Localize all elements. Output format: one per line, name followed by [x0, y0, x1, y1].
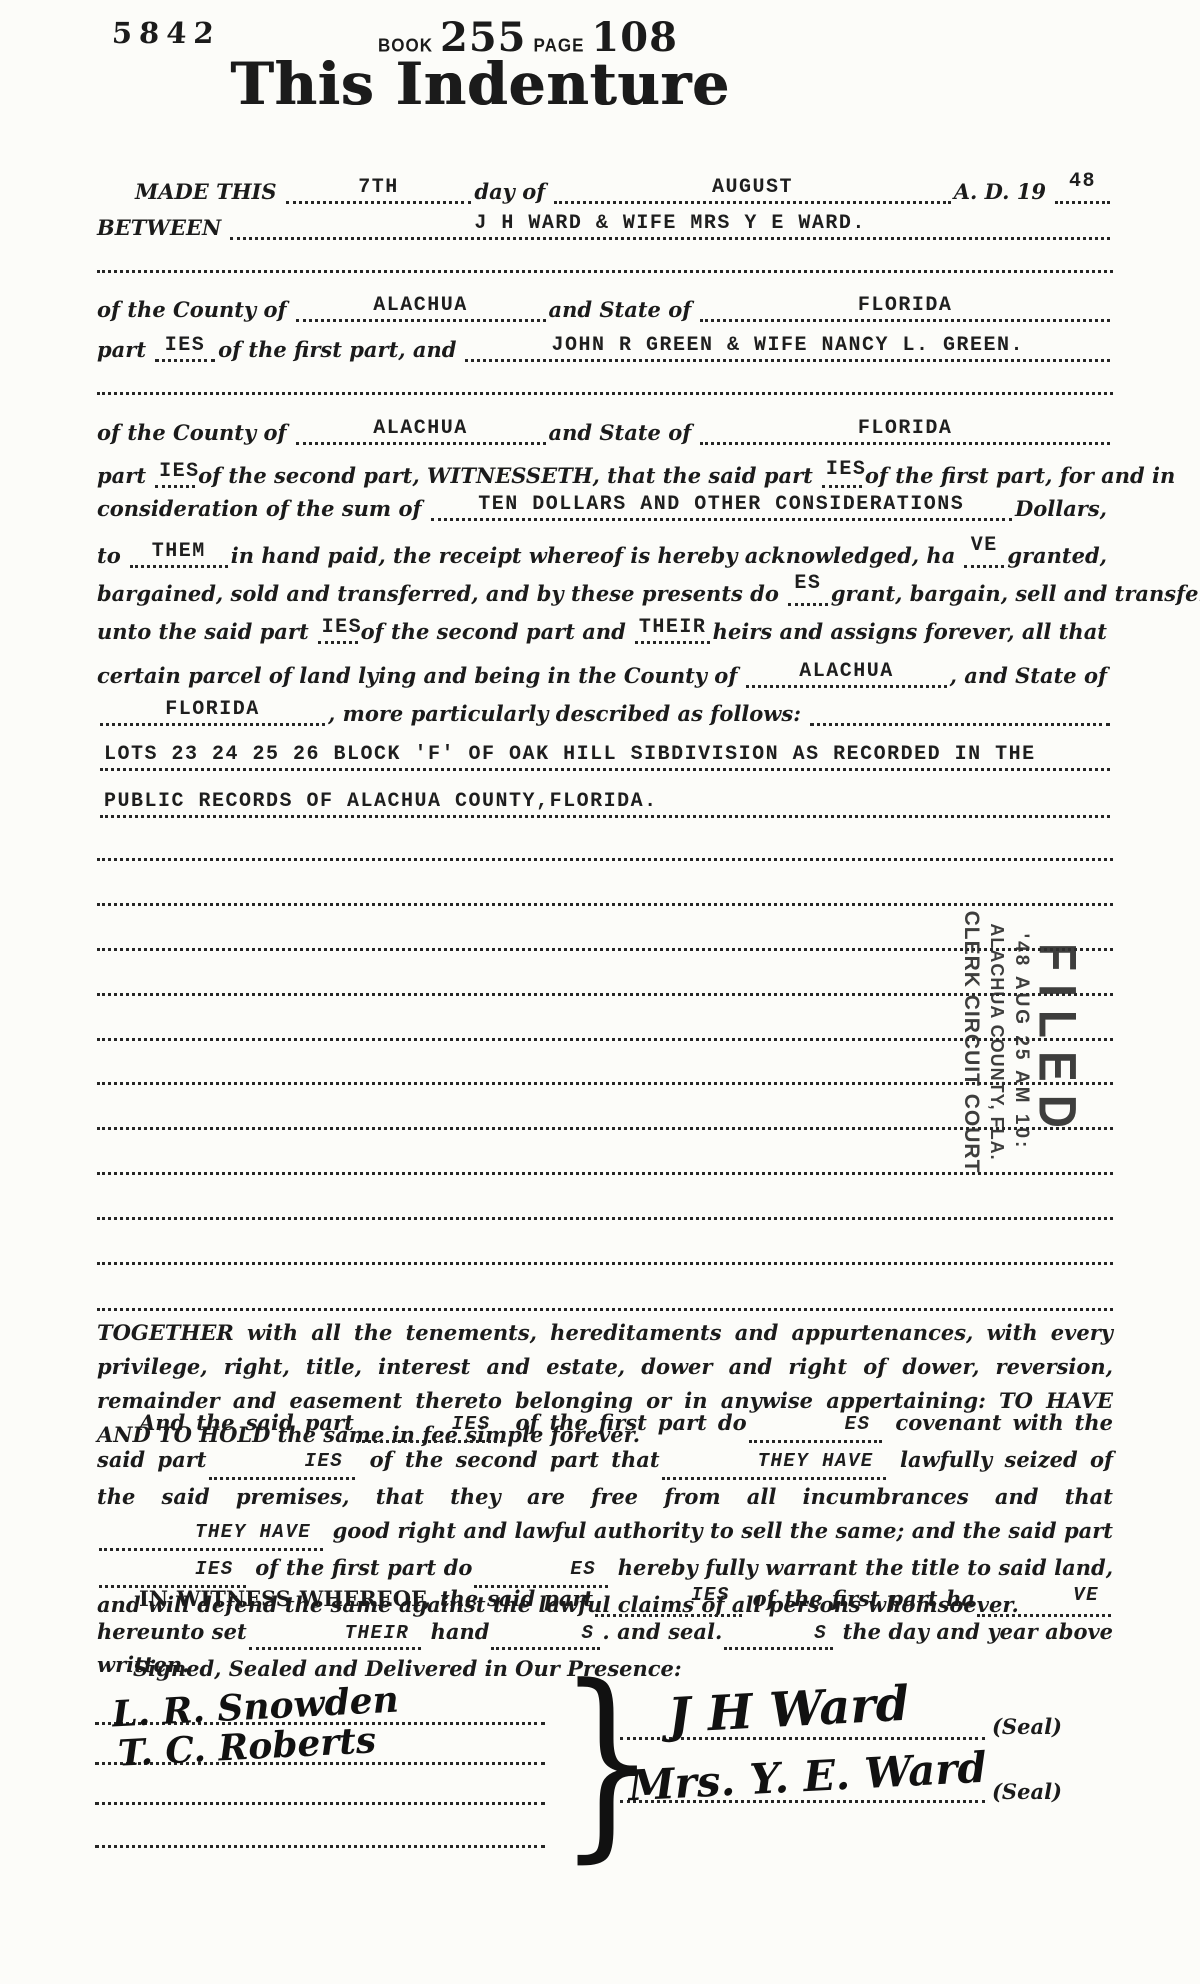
description-line-1: LOTS 23 24 25 26 BLOCK 'F' OF OAK HILL S…: [97, 739, 1113, 771]
them-value: THEM: [148, 542, 210, 564]
part-label-1: part: [97, 339, 152, 362]
ve-inline-value: VE: [1029, 1586, 1101, 1606]
of-county-label-2: of the County of: [97, 422, 293, 445]
blank-dotted-line: [97, 1217, 1113, 1220]
stamp-filed-text: FILED: [1032, 943, 1085, 1141]
county2-fill: ALACHUA: [296, 419, 546, 445]
day-value: 7TH: [354, 178, 403, 200]
description-fill-2: PUBLIC RECORDS OF ALACHUA COUNTY,FLORIDA…: [100, 792, 1110, 818]
ies-inline-value: IES: [408, 1415, 493, 1435]
first-part-line: part IES of the first part, and JOHN R G…: [97, 330, 1113, 362]
second-part-witnesseth-label: of the second part, WITNESSETH, that the…: [198, 465, 819, 488]
county3-value: ALACHUA: [795, 662, 898, 684]
covenant-text: good right and lawful authority to sell …: [333, 1518, 1113, 1543]
covenant-text: And the said part: [139, 1410, 354, 1435]
state1-fill: FLORIDA: [700, 296, 1110, 322]
unto-label: unto the said part: [97, 621, 315, 644]
described-line: FLORIDA , more particularly described as…: [97, 694, 1113, 726]
document-number: 5842: [111, 16, 222, 50]
description-value-1: LOTS 23 24 25 26 BLOCK 'F' OF OAK HILL S…: [100, 745, 1040, 767]
ve-fill: VE: [964, 546, 1004, 568]
and-state-label: and State of: [549, 299, 698, 322]
to-label: to: [97, 545, 127, 568]
consideration-label: consideration of the sum of: [97, 498, 428, 521]
county1-value: ALACHUA: [369, 296, 472, 318]
grant-label: grant, bargain, sell and transfer: [831, 583, 1200, 606]
they-have-inline-fill: THEY HAVE: [662, 1443, 886, 1480]
them-fill: THEM: [130, 542, 228, 568]
amount-fill: TEN DOLLARS AND OTHER CONSIDERATIONS: [431, 495, 1013, 521]
stamp-court-text: CLERK CIRCUIT COURT: [959, 911, 983, 1174]
county2-value: ALACHUA: [369, 419, 472, 441]
heirs-label: heirs and assigns forever, all that: [713, 621, 1113, 644]
party2-value: JOHN R GREEN & WIFE NANCY L. GREEN.: [547, 336, 1028, 358]
state3-value: FLORIDA: [161, 700, 264, 722]
first-part-for-label: of the first part, for and in: [865, 465, 1181, 488]
party2-fill: JOHN R GREEN & WIFE NANCY L. GREEN.: [465, 336, 1110, 362]
state1-value: FLORIDA: [854, 296, 957, 318]
first-part-and-label: of the first part, and: [218, 339, 462, 362]
ies-inline-value: IES: [151, 1560, 236, 1580]
ve-value: VE: [967, 536, 1002, 558]
blank-dotted-line: [97, 858, 1113, 861]
dollars-label: Dollars,: [1015, 498, 1113, 521]
consideration-line: consideration of the sum of TEN DOLLARS …: [97, 489, 1113, 521]
es-inline-value: ES: [801, 1415, 873, 1435]
ies-inline-value: IES: [647, 1586, 732, 1606]
part-label-2: part: [97, 465, 152, 488]
between-line: BETWEEN J H WARD & WIFE MRS Y E WARD.: [97, 208, 1113, 240]
description-line-2: PUBLIC RECORDS OF ALACHUA COUNTY,FLORIDA…: [97, 786, 1113, 818]
witness-signature-line-3: [95, 1802, 545, 1805]
blank-dotted-line: [97, 1308, 1113, 1311]
amount-value: TEN DOLLARS AND OTHER CONSIDERATIONS: [474, 495, 968, 517]
receipt-label: in hand paid, the receipt whereof is her…: [231, 545, 962, 568]
witness-text: the said part: [440, 1586, 593, 1611]
parcel-line: certain parcel of land lying and being i…: [97, 656, 1113, 688]
together-body: with all the tenements, hereditaments an…: [97, 1320, 1113, 1413]
party1-fill: J H WARD & WIFE MRS Y E WARD.: [230, 214, 1110, 240]
year-value: 48: [1065, 172, 1100, 194]
receipt-line: to THEM in hand paid, the receipt whereo…: [97, 536, 1113, 568]
description-value-2: PUBLIC RECORDS OF ALACHUA COUNTY,FLORIDA…: [100, 792, 662, 814]
blank-dotted-line: [97, 1262, 1113, 1265]
covenant-text: of the first part do: [255, 1555, 472, 1580]
made-this-label: MADE THIS: [135, 181, 283, 204]
s-inline-fill: S: [724, 1617, 833, 1650]
day-of-label: day of: [474, 181, 551, 204]
ies-inline-fill: IES: [595, 1584, 742, 1617]
s-inline-value: S: [770, 1624, 829, 1644]
second-part-and-label: of the second part and: [361, 621, 632, 644]
signer1-signature: J H Ward: [667, 1676, 911, 1745]
witness-signature-line-4: [95, 1845, 545, 1848]
bargained-label: bargained, sold and transferred, and by …: [97, 583, 785, 606]
ies-inline-value: IES: [261, 1452, 346, 1472]
they-have-inline-fill: THEY HAVE: [99, 1514, 323, 1551]
made-this-line: MADE THIS 7TH day of AUGUST A. D. 19 48: [135, 172, 1113, 204]
ies-inline-fill: IES: [209, 1443, 356, 1480]
blank-dotted-line: [97, 270, 1113, 273]
they-have-inline-value: THEY HAVE: [714, 1452, 876, 1472]
their-inline-value: THEIR: [301, 1624, 412, 1644]
county1-fill: ALACHUA: [296, 296, 546, 322]
document-title: This Indenture: [180, 50, 780, 118]
seal-label-2: (Seal): [992, 1779, 1062, 1804]
covenant-text: of the first part do: [516, 1410, 747, 1435]
es-fill-1: ES: [788, 584, 828, 606]
es-inline-fill: ES: [749, 1406, 883, 1443]
their-inline-fill: THEIR: [249, 1617, 422, 1650]
day-fill: 7TH: [286, 178, 472, 204]
party1-value: J H WARD & WIFE MRS Y E WARD.: [470, 214, 870, 236]
ies-fill-4: IES: [318, 618, 358, 644]
county-state-line-1: of the County of ALACHUA and State of FL…: [97, 290, 1113, 322]
ve-inline-fill: VE: [977, 1584, 1111, 1617]
month-fill: AUGUST: [554, 178, 951, 204]
they-have-inline-value: THEY HAVE: [151, 1523, 313, 1543]
ies-value-2: IES: [155, 462, 204, 484]
their-fill: THEIR: [635, 618, 710, 644]
more-particularly-label: , more particularly described as follows…: [328, 703, 807, 726]
witness-text: hand: [431, 1619, 490, 1644]
ies-fill-3: IES: [822, 466, 862, 488]
of-county-label: of the County of: [97, 299, 293, 322]
ad-19-label: A. D. 19: [954, 181, 1052, 204]
blank-dotted-line: [97, 392, 1113, 395]
description-fill-1: LOTS 23 24 25 26 BLOCK 'F' OF OAK HILL S…: [100, 745, 1110, 771]
covenant-text: of the second part that: [370, 1447, 660, 1472]
witness-text: of the first part ha: [753, 1586, 976, 1611]
month-value: AUGUST: [708, 178, 797, 200]
s-inline-value: S: [537, 1624, 596, 1644]
filed-stamp: FILED '48 AUG 25 AM 10: ALACHUA COUNTY, …: [915, 887, 1125, 1197]
county-state-line-2: of the County of ALACHUA and State of FL…: [97, 413, 1113, 445]
comma-and-state-label: , and State of: [950, 665, 1113, 688]
certain-parcel-label: certain parcel of land lying and being i…: [97, 665, 743, 688]
state3-fill: FLORIDA: [100, 700, 325, 726]
bargained-line: bargained, sold and transferred, and by …: [97, 574, 1113, 606]
unto-line: unto the said part IES of the second par…: [97, 612, 1113, 644]
their-value: THEIR: [635, 618, 711, 640]
stamp-county-text: ALACHUA COUNTY, FLA.: [986, 923, 1007, 1160]
ies-value-1: IES: [161, 336, 210, 358]
witness-text: hereunto set: [97, 1619, 247, 1644]
es-inline-value: ES: [526, 1560, 598, 1580]
between-label: BETWEEN: [97, 217, 227, 240]
deed-document-page: 5842 BOOK 255 PAGE 108 This Indenture MA…: [0, 0, 1200, 1984]
ies-value-4: IES: [318, 618, 367, 640]
in-witness-whereof-label: IN WITNESS WHEREOF,: [139, 1586, 431, 1611]
and-state-label-2: and State of: [549, 422, 698, 445]
seal-label-1: (Seal): [992, 1714, 1062, 1739]
ies-inline-fill: IES: [356, 1406, 503, 1443]
ies-value-3: IES: [822, 460, 871, 482]
year-fill: 48: [1055, 182, 1110, 204]
granted-label: granted,: [1007, 545, 1113, 568]
ies-fill-1: IES: [155, 336, 215, 362]
together-lead: TOGETHER: [97, 1320, 234, 1345]
es-value-1: ES: [790, 574, 825, 596]
state2-fill: FLORIDA: [700, 419, 1110, 445]
ies-fill-2: IES: [155, 462, 195, 488]
county3-fill: ALACHUA: [746, 662, 946, 688]
witness-text: . and seal.: [602, 1619, 722, 1644]
state2-value: FLORIDA: [854, 419, 957, 441]
follows-blank-fill: [810, 723, 1110, 726]
witnesseth-line: part IES of the second part, WITNESSETH,…: [97, 456, 1113, 488]
es-inline-fill: ES: [474, 1551, 608, 1588]
ies-inline-fill: IES: [99, 1551, 246, 1588]
